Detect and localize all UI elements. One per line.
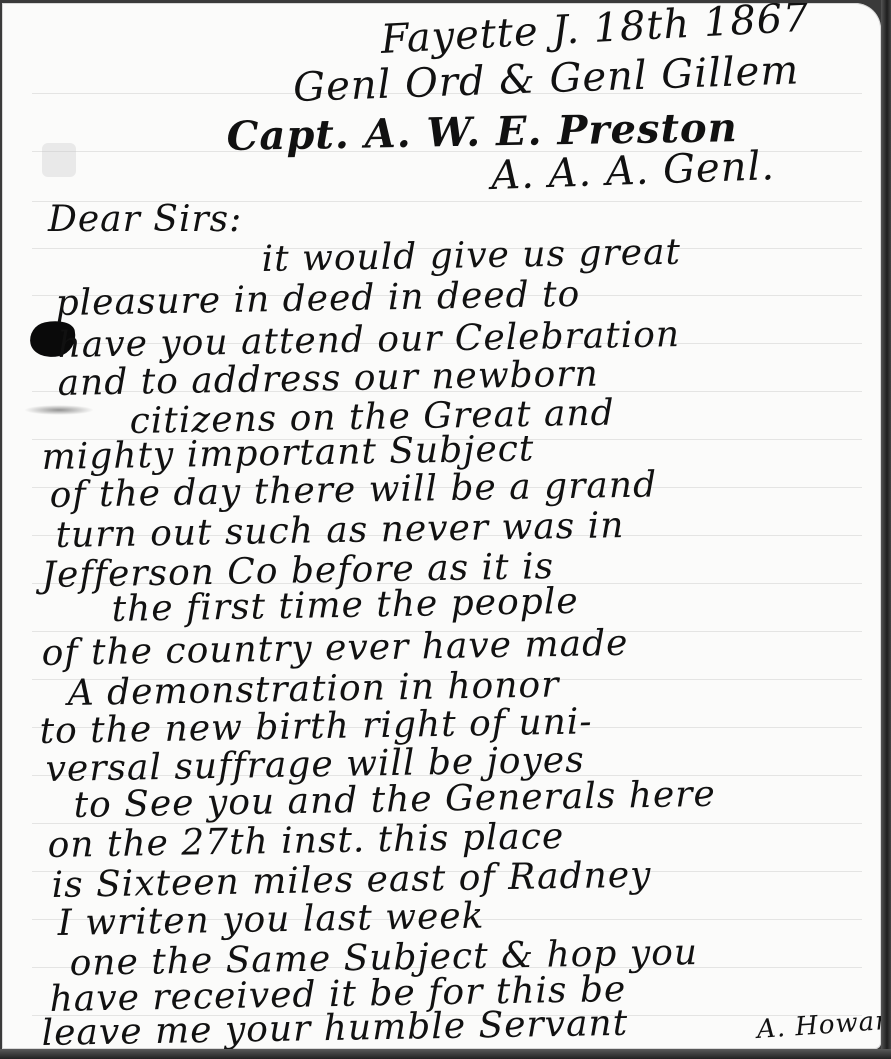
recipient-title: A. A. A. Genl. [490,143,775,199]
letter-page: Fayette J. 18th 1867 Genl Ord & Genl Gil… [2,3,881,1049]
signature: A. Howard [756,1005,881,1045]
body-line: the first time the people [111,581,579,630]
scan-right-edge [881,0,891,1059]
salutation: Dear Sirs: [48,199,242,240]
paper-stain [42,143,76,177]
body-line: it would give us great [261,232,681,280]
ink-smudge [24,405,94,415]
addressees: Genl Ord & Genl Gillem [292,47,800,111]
scan-bottom-edge [0,1049,891,1059]
